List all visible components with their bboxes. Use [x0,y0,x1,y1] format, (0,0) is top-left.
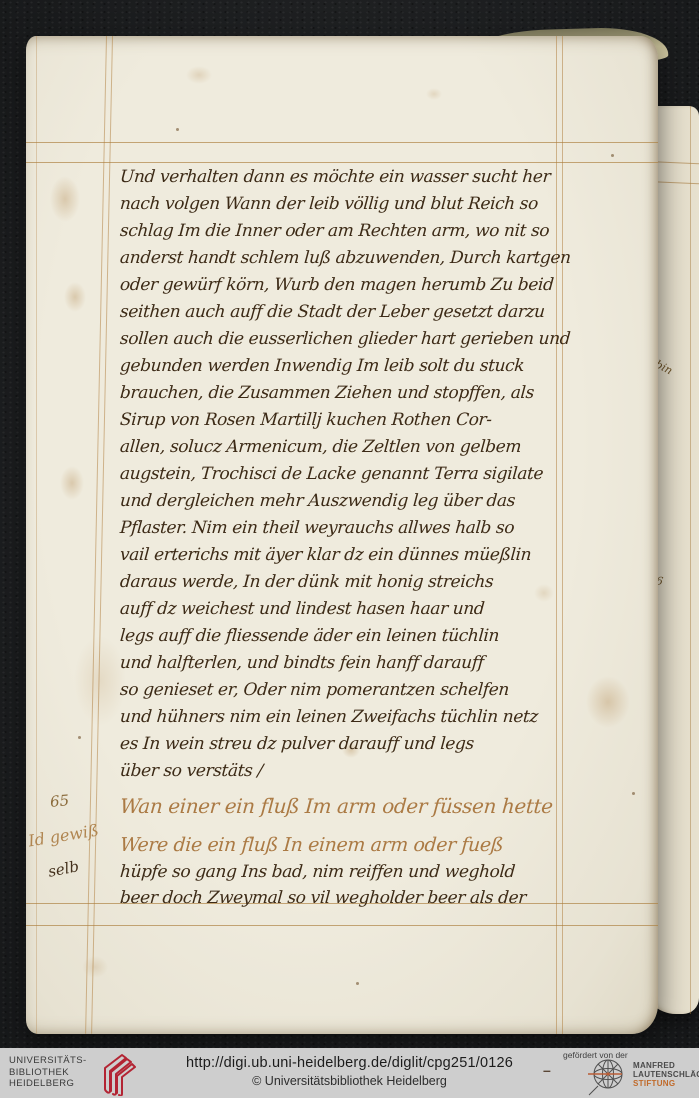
manuscript-line: nach volgen Wann der leib völlig und blu… [119,191,573,218]
ruling-line [36,36,37,1034]
manuscript-line: Und verhalten dann es möchte ein wasser … [119,164,573,191]
funder-name-line: STIFTUNG [633,1079,699,1088]
paper-speck [176,128,179,131]
manuscript-line: anderst handt schlem luß abzuwenden, Dur… [119,245,573,272]
funder-globe-icon [586,1056,628,1098]
manuscript-line: und halfterlen, und bindts fein hanff da… [119,650,573,677]
manuscript-line: so genieset er, Oder nim pomerantzen sch… [119,677,573,704]
manuscript-line: und hühners nim ein leinen Zweifachs tüc… [119,704,573,731]
digitized-manuscript-viewer: bin 66 Und verhalten dann es möchte ein … [0,0,699,1098]
margin-note: 65 [49,791,70,811]
ruling-line [690,106,691,1014]
manuscript-line: oder gewürf körn, Wurb den magen herumb … [119,272,573,299]
manuscript-line: Sirup von Rosen Martillj kuchen Rothen C… [119,407,573,434]
paper-stain [186,66,212,84]
manuscript-page: Und verhalten dann es möchte ein wasser … [26,36,658,1034]
footer-bar: UNIVERSITÄTS- BIBLIOTHEK HEIDELBERG http… [0,1048,699,1098]
library-book-icon [94,1051,138,1098]
funder-name: MANFRED LAUTENSCHLÄGER STIFTUNG [633,1061,699,1088]
paper-stain [50,176,80,222]
ruling-line [26,925,658,926]
ruling-line [26,162,658,163]
manuscript-line: augstein, Trochisci de Lacke genannt Ter… [119,461,573,488]
document-url: http://digi.ub.uni-heidelberg.de/diglit/… [186,1055,513,1071]
manuscript-line: beer doch Zweymal so vil wegholder beer … [119,885,573,911]
manuscript-line: es In wein streu dz pulver darauff und l… [119,731,573,758]
paper-stain [64,282,86,312]
paper-speck [611,154,614,157]
paper-stain [586,676,630,728]
manuscript-line: brauchen, die Zusammen Ziehen und stopff… [119,380,573,407]
library-logo-line: HEIDELBERG [9,1078,87,1090]
manuscript-line: hüpfe so gang Ins bad, nim reiffen und w… [119,859,573,885]
funder-name-line: LAUTENSCHLÄGER [633,1070,699,1079]
paper-speck [78,736,81,739]
copyright-text: © Universitätsbibliothek Heidelberg [186,1074,513,1088]
manuscript-line: allen, solucz Armenicum, die Zeltlen von… [119,434,573,461]
manuscript-line: daraus werde, In der dünk mit honig stre… [119,569,573,596]
manuscript-line: Were die ein fluß In einem arm oder fueß [119,831,573,859]
manuscript-line: sollen auch die eusserlichen glieder har… [119,326,573,353]
funder-name-line: MANFRED [633,1061,699,1070]
ruling-line [85,36,107,1034]
paper-speck [632,792,635,795]
library-logo-line: BIBLIOTHEK [9,1067,87,1079]
manuscript-line: schlag Im die Inner oder am Rechten arm,… [119,218,573,245]
caption-text: http://digi.ub.uni-heidelberg.de/diglit/… [186,1055,513,1088]
ruling-line [26,142,658,143]
manuscript-text-block: Und verhalten dann es möchte ein wasser … [120,164,572,911]
manuscript-line: Wan einer ein fluß Im arm oder füssen he… [119,791,573,821]
paper-stain [60,466,84,500]
paper-stain [82,956,108,978]
manuscript-line: gebunden werden Inwendig Im leib solt du… [119,353,573,380]
library-logo-line: UNIVERSITÄTS- [9,1055,87,1067]
manuscript-line: legs auff die fliessende äder ein leinen… [119,623,573,650]
paper-speck [356,982,359,985]
paper-stain [426,88,442,100]
manuscript-line: vail erterichs mit äyer klar dz ein dünn… [119,542,573,569]
manuscript-line: und dergleichen mehr Auszwendig leg über… [119,488,573,515]
manuscript-line: über so verstäts / [119,758,573,785]
library-logo-text: UNIVERSITÄTS- BIBLIOTHEK HEIDELBERG [9,1055,87,1090]
manuscript-line: seithen auch auff die Stadt der Leber ge… [119,299,573,326]
margin-note: selb [47,857,81,881]
manuscript-line: Pflaster. Nim ein theil weyrauchs allwes… [119,515,573,542]
funder-dash: – [543,1062,551,1078]
manuscript-line: auff dz weichest und lindest hasen haar … [119,596,573,623]
